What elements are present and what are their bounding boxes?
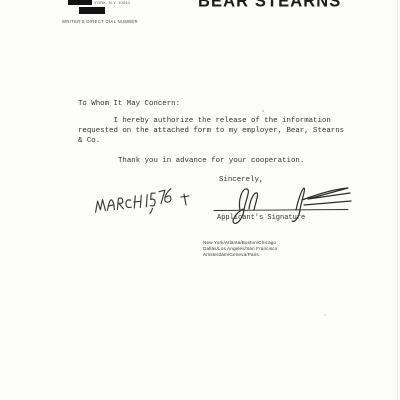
letterhead-address: YORK, N.Y. 10041 bbox=[94, 0, 130, 5]
scan-speck bbox=[262, 110, 264, 112]
scan-edge-line bbox=[397, 0, 398, 400]
salutation: To Whom It May Concern: bbox=[78, 99, 180, 109]
paragraph-line: & Co. bbox=[78, 136, 344, 146]
redaction-bar-address bbox=[68, 0, 92, 5]
scanned-letter-page: YORK, N.Y. 10041 WRITER'S DIRECT DIAL NU… bbox=[0, 0, 400, 400]
body-paragraph: I hereby authorize the release of the in… bbox=[78, 116, 344, 147]
bear-stearns-logo: BEAR STEARNS bbox=[198, 0, 346, 10]
thanks-line: Thank you in advance for your cooperatio… bbox=[118, 156, 304, 166]
footer-line: Amsterdam/Geneva/Paris bbox=[203, 252, 277, 258]
redaction-box-dial-number bbox=[79, 7, 105, 14]
signature-caption: Applicant's Signature bbox=[217, 213, 305, 223]
applicant-signature-scrawl bbox=[178, 180, 358, 234]
handwritten-date bbox=[88, 190, 180, 220]
scan-speck bbox=[324, 314, 326, 316]
paragraph-line: requested on the attached form to my emp… bbox=[78, 126, 344, 136]
bear-stearns-logo-text: BEAR STEARNS bbox=[198, 0, 346, 10]
paragraph-line: I hereby authorize the release of the in… bbox=[78, 116, 344, 126]
footer-offices: New York/Atlanta/Boston/Chicago Dallas/L… bbox=[203, 240, 277, 258]
writers-direct-dial-label: WRITER'S DIRECT DIAL NUMBER bbox=[62, 19, 138, 24]
footer-line: Dallas/Los Angeles/San Francisco bbox=[203, 246, 277, 252]
